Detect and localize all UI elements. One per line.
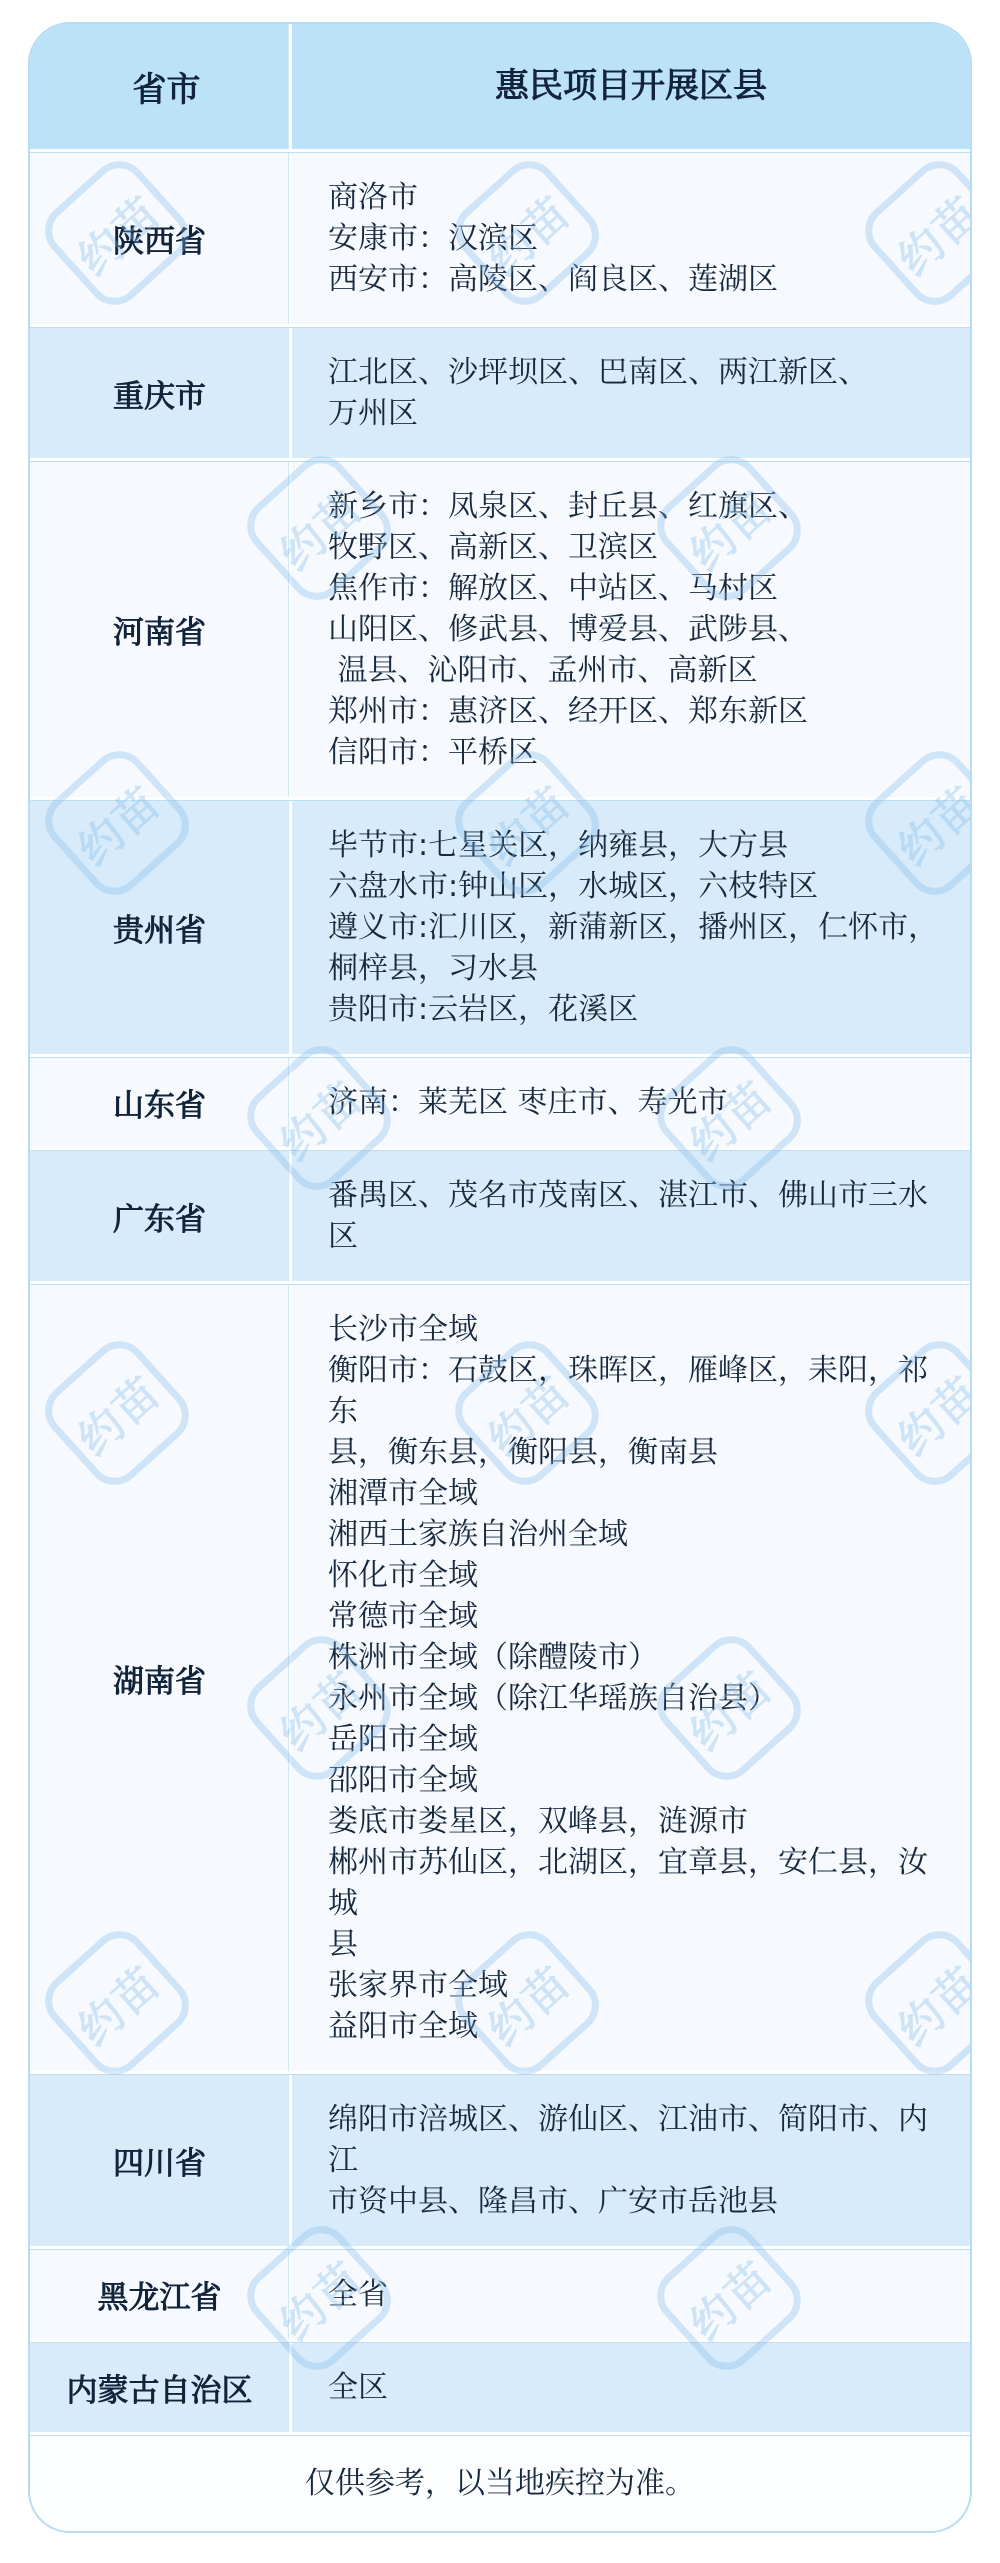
- province-cell: 广东省: [30, 1151, 292, 1281]
- districts-cell: 番禺区、茂名市茂南区、湛江市、佛山市三水区: [292, 1151, 970, 1281]
- table-row: 河南省 新乡市：凤泉区、封丘县、红旗区、 牧野区、高新区、卫滨区 焦作市：解放区…: [30, 461, 970, 797]
- province-cell: 贵州省: [30, 801, 292, 1054]
- districts-cell: 商洛市 安康市：汉滨区 西安市：高陵区、阎良区、莲湖区: [292, 153, 970, 324]
- table-row: 广东省 番禺区、茂名市茂南区、湛江市、佛山市三水区: [30, 1150, 970, 1281]
- districts-cell: 长沙市全域 衡阳市：石鼓区，珠晖区，雁峰区，耒阳，祁东 县，衡东县，衡阳县，衡南…: [292, 1285, 970, 2071]
- province-cell: 重庆市: [30, 328, 292, 458]
- districts-cell: 江北区、沙坪坝区、巴南区、两江新区、 万州区: [292, 328, 970, 458]
- disclaimer-text: 仅供参考，以当地疾控为准。: [30, 2436, 970, 2531]
- province-cell: 陕西省: [30, 153, 292, 324]
- province-cell: 山东省: [30, 1058, 292, 1147]
- table-row: 四川省 绵阳市涪城区、游仙区、江油市、简阳市、内江 市资中县、隆昌市、广安市岳池…: [30, 2074, 970, 2246]
- table-row: 贵州省 毕节市:七星关区，纳雍县，大方县 六盘水市:钟山区，水城区，六枝特区 遵…: [30, 800, 970, 1054]
- table-row: 内蒙古自治区 全区: [30, 2342, 970, 2432]
- districts-cell: 全区: [292, 2343, 970, 2432]
- table-row: 陕西省 商洛市 安康市：汉滨区 西安市：高陵区、阎良区、莲湖区: [30, 152, 970, 324]
- page: 省市 惠民项目开展区县 陕西省 商洛市 安康市：汉滨区 西安市：高陵区、阎良区、…: [0, 0, 1000, 2563]
- districts-cell: 济南：莱芜区 枣庄市、寿光市: [292, 1058, 970, 1147]
- table-row: 山东省 济南：莱芜区 枣庄市、寿光市: [30, 1057, 970, 1147]
- header-districts: 惠民项目开展区县: [292, 24, 970, 149]
- province-cell: 河南省: [30, 462, 292, 797]
- districts-cell: 新乡市：凤泉区、封丘县、红旗区、 牧野区、高新区、卫滨区 焦作市：解放区、中站区…: [292, 462, 970, 797]
- table-row: 黑龙江省 全省: [30, 2249, 970, 2339]
- districts-cell: 全省: [292, 2250, 970, 2339]
- province-cell: 湖南省: [30, 1285, 292, 2071]
- province-cell: 四川省: [30, 2075, 292, 2246]
- province-cell: 黑龙江省: [30, 2250, 292, 2339]
- table-row: 重庆市 江北区、沙坪坝区、巴南区、两江新区、 万州区: [30, 327, 970, 458]
- table-header-row: 省市 惠民项目开展区县: [30, 24, 970, 149]
- table-footer-row: 仅供参考，以当地疾控为准。: [30, 2435, 970, 2531]
- header-province: 省市: [30, 24, 292, 149]
- table-row: 湖南省 长沙市全域 衡阳市：石鼓区，珠晖区，雁峰区，耒阳，祁东 县，衡东县，衡阳…: [30, 1284, 970, 2071]
- districts-cell: 毕节市:七星关区，纳雍县，大方县 六盘水市:钟山区，水城区，六枝特区 遵义市:汇…: [292, 801, 970, 1054]
- region-table-card: 省市 惠民项目开展区县 陕西省 商洛市 安康市：汉滨区 西安市：高陵区、阎良区、…: [28, 22, 972, 2533]
- districts-cell: 绵阳市涪城区、游仙区、江油市、简阳市、内江 市资中县、隆昌市、广安市岳池县: [292, 2075, 970, 2246]
- region-table: 省市 惠民项目开展区县 陕西省 商洛市 安康市：汉滨区 西安市：高陵区、阎良区、…: [30, 24, 970, 2531]
- province-cell: 内蒙古自治区: [30, 2343, 292, 2432]
